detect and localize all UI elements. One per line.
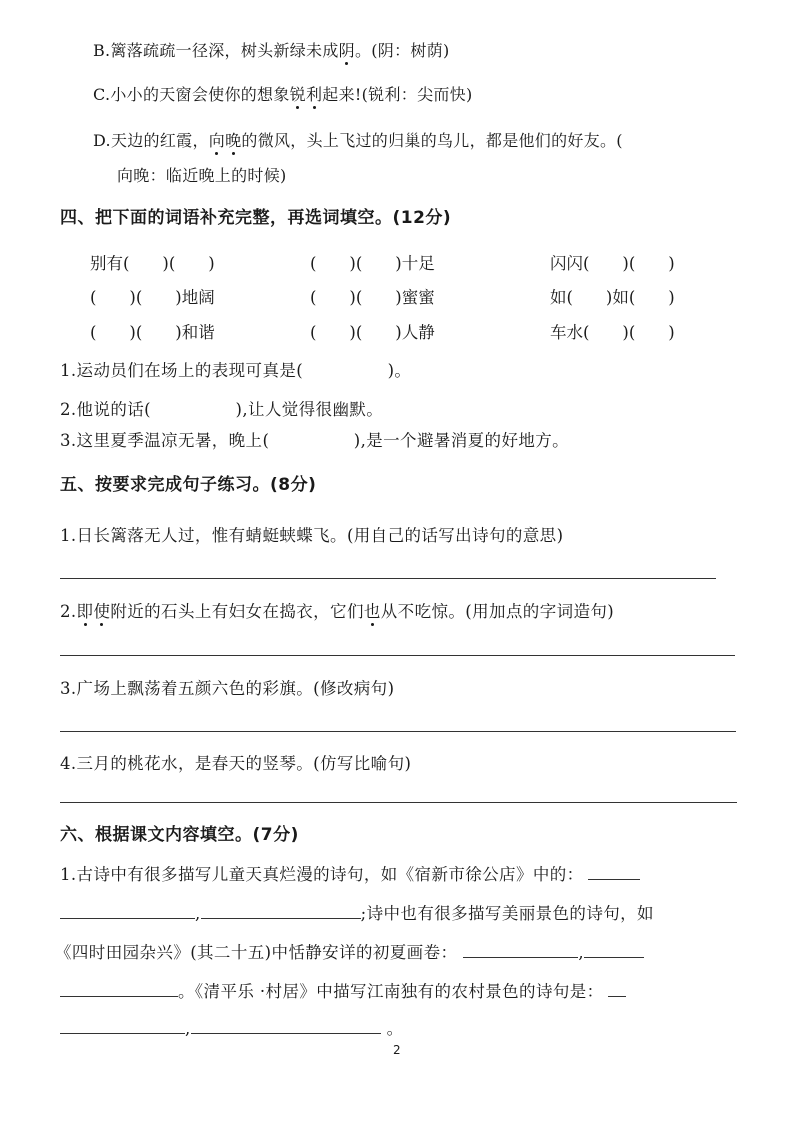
word-item: ( )( )十足 <box>310 250 435 274</box>
answer-line[interactable] <box>60 578 716 579</box>
poem-fill-line-5: ,。 <box>60 1015 404 1039</box>
emphasis-dot-char: 利 <box>306 85 322 104</box>
blank[interactable] <box>463 941 578 958</box>
word-item: 车水( )( ) <box>550 319 675 343</box>
answer-line[interactable] <box>60 731 736 732</box>
fill-sentence-1: 1.运动员们在场上的表现可真是( )。 <box>60 357 411 381</box>
option-b: B.篱落疏疏一径深，树头新绿未成阴。(阴：树荫) <box>93 38 450 61</box>
option-prefix: D. <box>93 131 111 150</box>
emphasis-dot-char: 也 <box>364 602 381 621</box>
blank[interactable] <box>191 1017 381 1034</box>
emphasis-dot-char: 锐 <box>290 85 306 104</box>
option-c: C.小小的天窗会使你的想象锐利起来!(锐利：尖而快) <box>93 82 473 105</box>
fill-sentence-3: 3.这里夏季温凉无暑，晚上( ),是一个避暑消夏的好地方。 <box>60 427 569 451</box>
blank[interactable] <box>60 1017 185 1034</box>
option-prefix: B. <box>93 41 110 60</box>
poem-fill-line-4: 。《清平乐 ·村居》中描写江南独有的农村景色的诗句是： <box>60 978 626 1002</box>
word-item: 别有( )( ) <box>90 250 215 274</box>
word-item: ( )( )蜜蜜 <box>310 284 435 308</box>
answer-line[interactable] <box>60 802 737 803</box>
blank[interactable] <box>201 902 361 919</box>
blank[interactable] <box>608 980 626 997</box>
answer-line[interactable] <box>60 655 735 656</box>
exercise-3: 3.广场上飘荡着五颜六色的彩旗。(修改病句) <box>60 675 394 699</box>
word-item: 闪闪( )( ) <box>550 250 675 274</box>
word-item: 如( )如( ) <box>550 284 675 308</box>
poem-fill-line-2: ,;诗中也有很多描写美丽景色的诗句，如 <box>60 900 654 924</box>
emphasis-dot-char: 晚 <box>225 131 241 150</box>
blank[interactable] <box>60 902 195 919</box>
exercise-2: 2.即使附近的石头上有妇女在捣衣，它们也从不吃惊。(用加点的字词造句) <box>60 598 614 622</box>
emphasis-dot-char: 阴 <box>339 41 355 60</box>
option-text: 篱落疏疏一径深，树头新绿未成阴。(阴：树荫) <box>110 41 449 60</box>
section-6-heading: 六、根据课文内容填空。(7分) <box>60 820 299 845</box>
poem-fill-line-1: 1.古诗中有很多描写儿童天真烂漫的诗句，如《宿新市徐公店》中的： <box>60 861 640 885</box>
fill-sentence-2: 2.他说的话( ),让人觉得很幽默。 <box>60 396 383 420</box>
emphasis-dot-char: 向 <box>209 131 225 150</box>
exercise-4: 4.三月的桃花水，是春天的竖琴。(仿写比喻句) <box>60 750 411 774</box>
section-5-heading: 五、按要求完成句子练习。(8分) <box>60 470 316 495</box>
option-text: 天边的红霞，向晚的微风，头上飞过的归巢的鸟儿，都是他们的好友。( <box>111 131 623 150</box>
emphasis-dot-char: 即 <box>77 602 94 621</box>
blank[interactable] <box>588 863 640 880</box>
blank[interactable] <box>584 941 644 958</box>
word-item: ( )( )地阔 <box>90 284 215 308</box>
option-prefix: C. <box>93 85 110 104</box>
word-item: ( )( )和谐 <box>90 319 215 343</box>
blank[interactable] <box>60 980 178 997</box>
poem-fill-line-3: 《四时田园杂兴》(其二十五)中恬静安详的初夏画卷：, <box>55 939 644 963</box>
option-text: 小小的天窗会使你的想象锐利起来!(锐利：尖而快) <box>110 85 472 104</box>
option-d-continuation: 向晚：临近晚上的时候) <box>117 163 287 186</box>
option-d: D.天边的红霞，向晚的微风，头上飞过的归巢的鸟儿，都是他们的好友。( <box>93 128 623 151</box>
emphasis-dot-char: 使 <box>93 602 110 621</box>
page-number: 2 <box>393 1043 401 1057</box>
word-item: ( )( )人静 <box>310 319 435 343</box>
exercise-1: 1.日长篱落无人过，惟有蜻蜓蛱蝶飞。(用自己的话写出诗句的意思) <box>60 522 563 546</box>
section-4-heading: 四、把下面的词语补充完整，再选词填空。(12分) <box>60 203 451 228</box>
